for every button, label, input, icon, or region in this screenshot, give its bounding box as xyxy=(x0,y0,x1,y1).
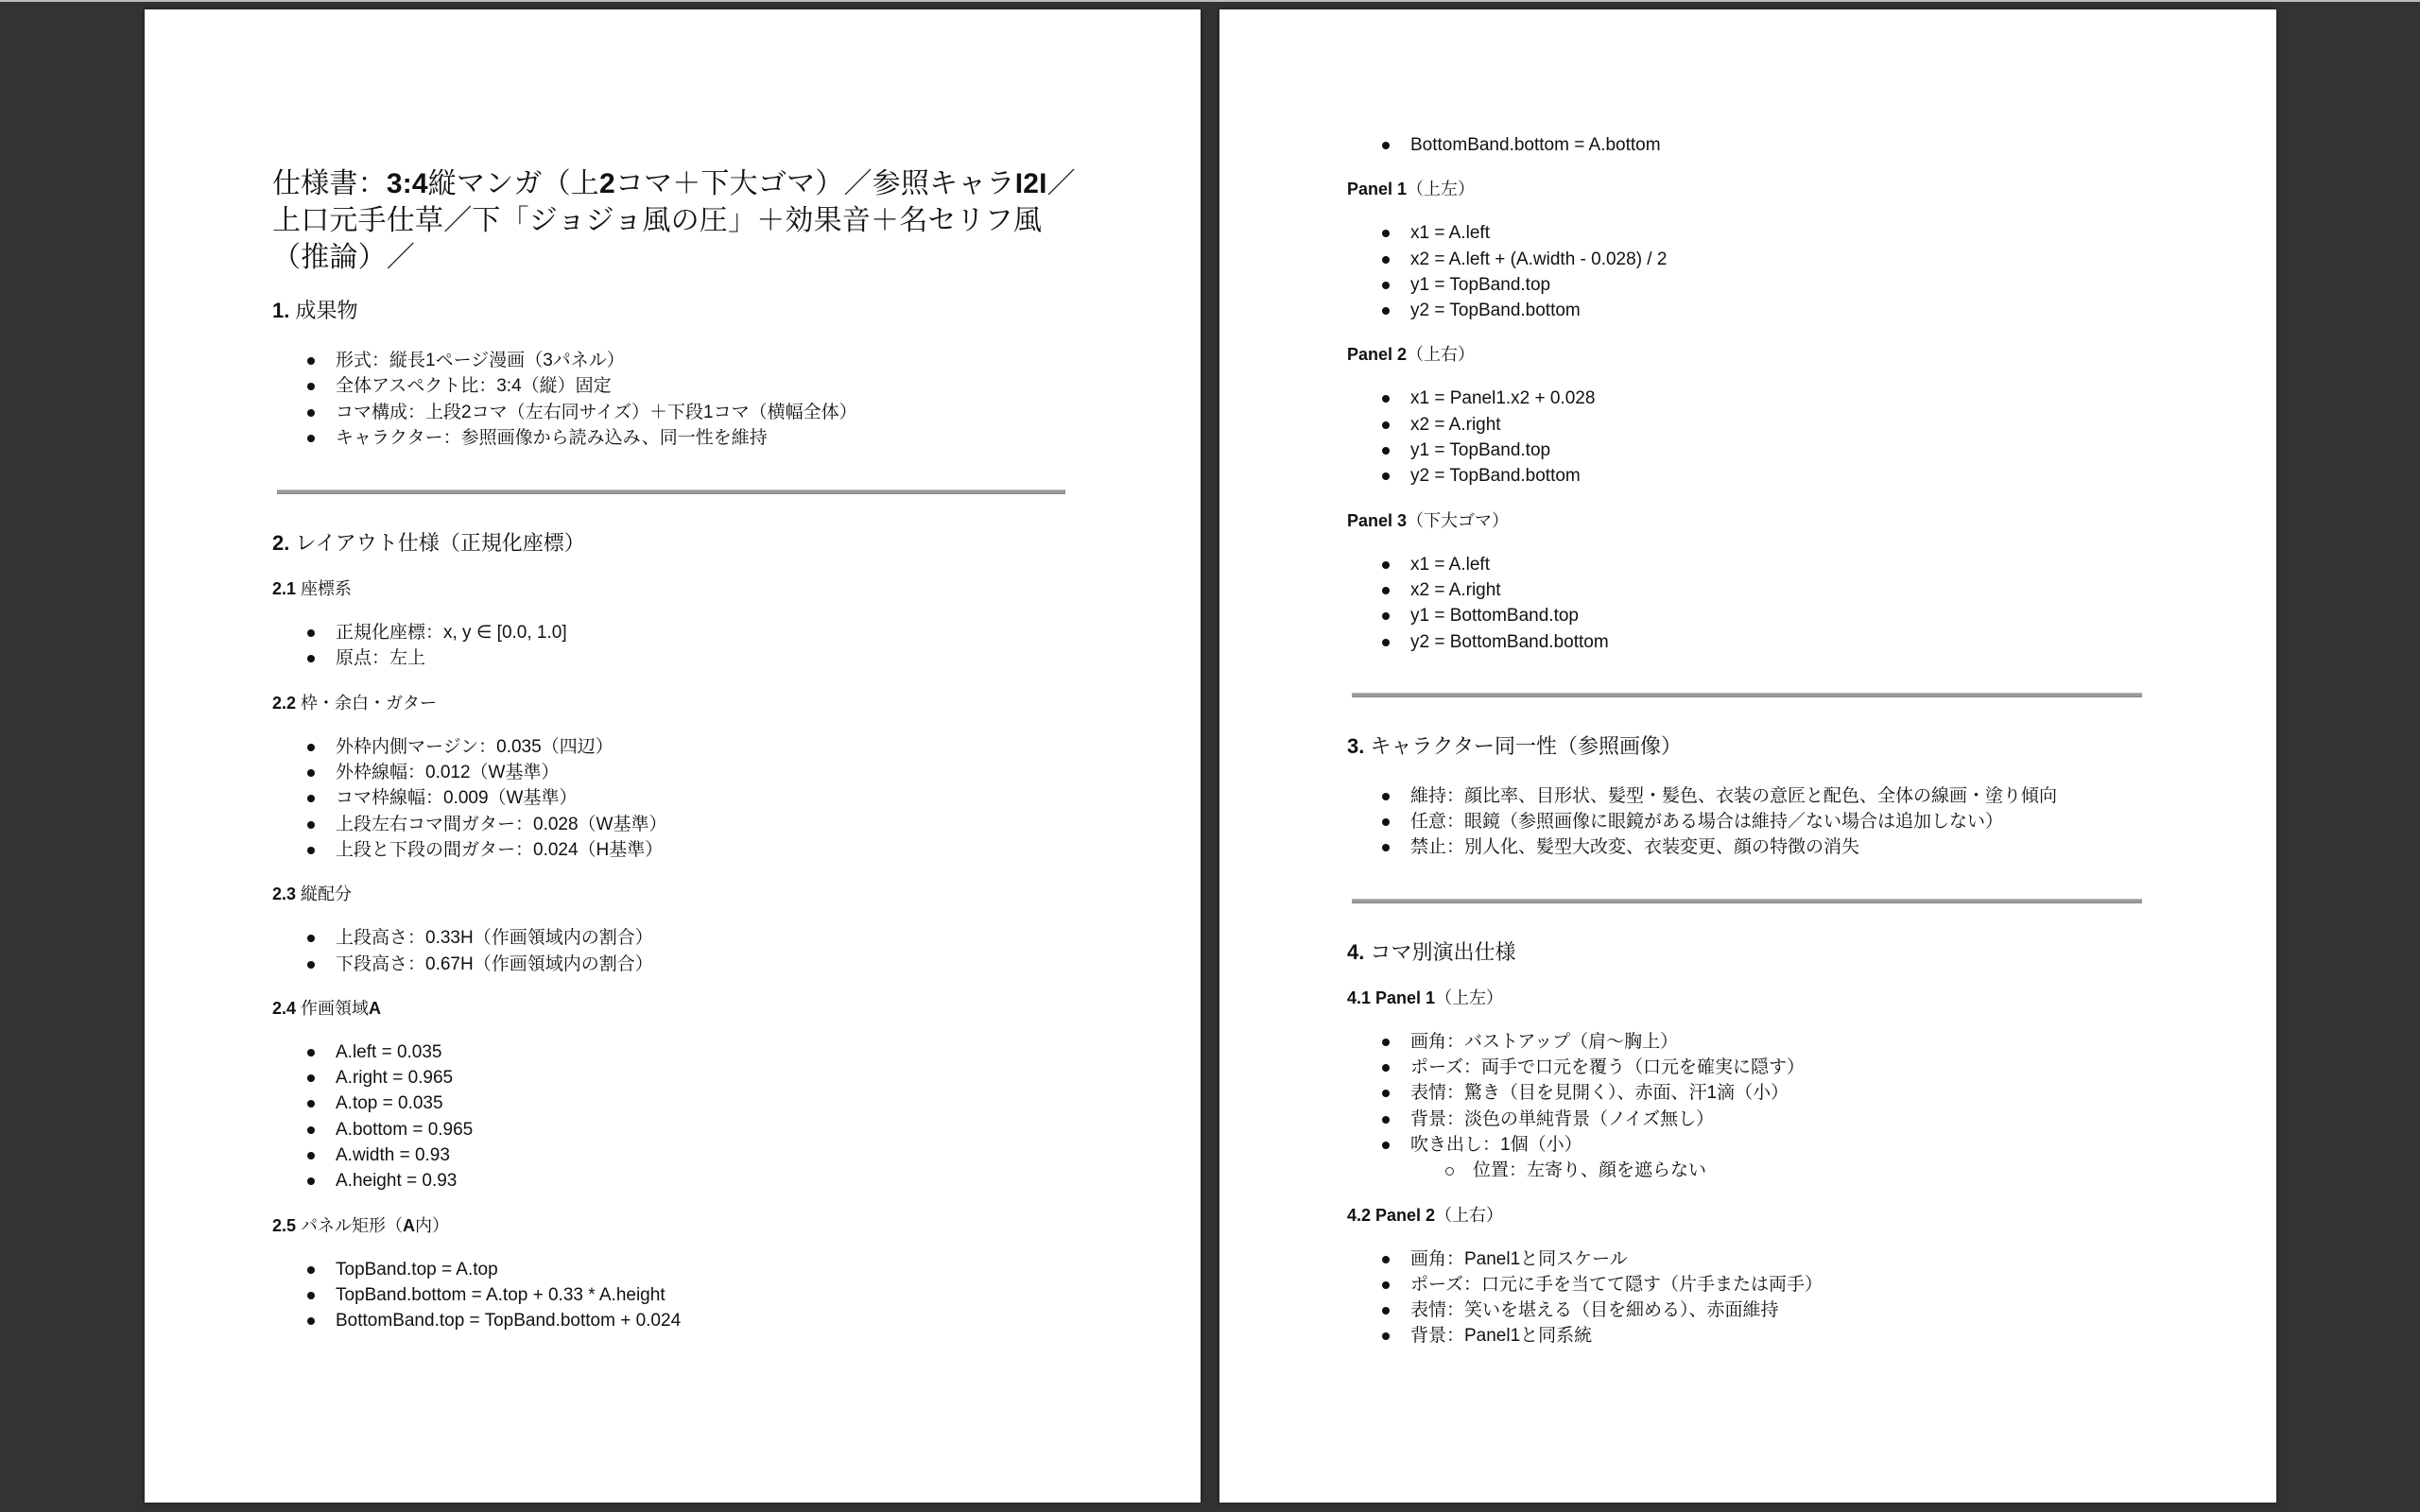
section-title: 成果物 xyxy=(289,299,357,322)
subsection-title: パネル矩形（ xyxy=(296,1216,403,1235)
section-number: 4. xyxy=(1347,940,1364,964)
list-item: 禁止：別人化、髪型大改変、衣装変更、顔の特徴の消失 xyxy=(1347,834,2160,860)
list-item: ポーズ：口元に手を当てて隠す（片手または両手） xyxy=(1347,1272,2160,1297)
list-item: BottomBand.top = TopBand.bottom + 0.024 xyxy=(272,1308,1085,1333)
list-item: 画角：Panel1と同スケール xyxy=(1347,1246,2160,1272)
subsection-title-bold: A xyxy=(369,999,381,1018)
subsection-2-5-list: TopBand.top = A.top TopBand.bottom = A.t… xyxy=(272,1257,1085,1334)
list-item: A.bottom = 0.965 xyxy=(272,1117,1085,1143)
list-item: y1 = TopBand.top xyxy=(1347,272,2160,298)
subsection-title: 枠・余白・ガター xyxy=(296,694,437,713)
list-item: 背景：Panel1と同系統 xyxy=(1347,1323,2160,1349)
section-2-heading: 2. レイアウト仕様（正規化座標） xyxy=(272,529,1085,558)
title-part: コマ＋下大ゴマ）／参照キャラ xyxy=(615,168,1015,199)
subsection-title: 作画領域 xyxy=(296,999,369,1018)
panel-1-list: x1 = A.left x2 = A.left + (A.width - 0.0… xyxy=(1347,220,2160,323)
section-title: キャラクター同一性（参照画像） xyxy=(1364,734,1682,758)
list-item: 原点：左上 xyxy=(272,645,1085,671)
list-item: y1 = BottomBand.top xyxy=(1347,603,2160,628)
list-item: x1 = A.left xyxy=(1347,552,2160,577)
section-number: 1. xyxy=(272,299,289,322)
list-item: A.width = 0.93 xyxy=(272,1143,1085,1168)
subsection-2-4-list: A.left = 0.035 A.right = 0.965 A.top = 0… xyxy=(272,1039,1085,1194)
list-item: x2 = A.right xyxy=(1347,412,2160,438)
subsection-number: 2.4 xyxy=(272,999,296,1018)
section-title: レイアウト仕様（正規化座標） xyxy=(289,531,584,555)
section-number: 3. xyxy=(1347,734,1364,758)
list-item: ポーズ：両手で口元を覆う（口元を確実に隠す） xyxy=(1347,1055,2160,1080)
subsection-2-1-heading: 2.1 座標系 xyxy=(272,576,1085,601)
list-item: A.top = 0.035 xyxy=(272,1091,1085,1116)
section-4-heading: 4. コマ別演出仕様 xyxy=(1347,938,2160,967)
section-number: 2. xyxy=(272,531,289,555)
subsection-2-3-heading: 2.3 縦配分 xyxy=(272,882,1085,906)
subsection-4-1-heading: 4.1 Panel 1（上左） xyxy=(1347,986,2160,1010)
list-item: コマ構成：上段2コマ（左右同サイズ）＋下段1コマ（横幅全体） xyxy=(272,400,1085,425)
title-part: 3:4 xyxy=(387,168,428,199)
subsection-title: （上左） xyxy=(1435,988,1503,1007)
list-item: 吹き出し：1個（小） xyxy=(1347,1132,2160,1158)
document-page-1[interactable]: 仕様書：3:4縦マンガ（上2コマ＋下大ゴマ）／参照キャラI2I／上口元手仕草／下… xyxy=(145,9,1201,1503)
panel-position: （下大ゴマ） xyxy=(1407,511,1509,530)
list-item: 任意：眼鏡（参照画像に眼鏡がある場合は維持／ない場合は追加しない） xyxy=(1347,809,2160,834)
subsection-4-1-list: 画角：バストアップ（肩〜胸上） ポーズ：両手で口元を覆う（口元を確実に隠す） 表… xyxy=(1347,1029,2160,1184)
list-item: 外枠線幅：0.012（W基準） xyxy=(272,760,1085,785)
nested-list-item: 位置：左寄り、顔を遮らない xyxy=(1347,1158,2160,1183)
subsection-2-2-heading: 2.2 枠・余白・ガター xyxy=(272,691,1085,715)
list-item: コマ枠線幅：0.009（W基準） xyxy=(272,785,1085,811)
panel-3-heading: Panel 3（下大ゴマ） xyxy=(1347,508,2160,533)
list-item: 表情：笑いを堪える（目を細める）、赤面維持 xyxy=(1347,1297,2160,1323)
panel-label: Panel 3 xyxy=(1347,511,1407,530)
document-page-2[interactable]: BottomBand.bottom = A.bottom Panel 1（上左）… xyxy=(1219,9,2276,1503)
document-title: 仕様書：3:4縦マンガ（上2コマ＋下大ゴマ）／参照キャラI2I／上口元手仕草／下… xyxy=(272,165,1085,276)
subsection-2-3-list: 上段高さ：0.33H（作画領域内の割合） 下段高さ：0.67H（作画領域内の割合… xyxy=(272,925,1085,977)
list-item: BottomBand.bottom = A.bottom xyxy=(1347,132,2160,158)
page-1-content: 仕様書：3:4縦マンガ（上2コマ＋下大ゴマ）／参照キャラI2I／上口元手仕草／下… xyxy=(272,165,1085,1334)
panel-position: （上右） xyxy=(1407,345,1475,364)
subsection-number: 2.3 xyxy=(272,885,296,903)
panel-position: （上左） xyxy=(1407,180,1475,198)
panel-label: Panel 1 xyxy=(1347,180,1407,198)
panel-label: Panel 2 xyxy=(1347,345,1407,364)
panel-1-heading: Panel 1（上左） xyxy=(1347,177,2160,201)
subsection-number: 2.1 xyxy=(272,579,296,598)
title-part: 仕様書： xyxy=(272,168,387,199)
list-item: TopBand.bottom = A.top + 0.33 * A.height xyxy=(272,1282,1085,1308)
section-1-list: 形式：縦長1ページ漫画（3パネル） 全体アスペクト比：3:4（縦）固定 コマ構成… xyxy=(272,348,1085,451)
list-item: 正規化座標：x, y ∈ [0.0, 1.0] xyxy=(272,620,1085,645)
page-2-content: BottomBand.bottom = A.bottom Panel 1（上左）… xyxy=(1347,132,2160,1349)
subsection-2-5-list-continued: BottomBand.bottom = A.bottom xyxy=(1347,132,2160,158)
subsection-number: 4.2 Panel 2 xyxy=(1347,1206,1435,1225)
section-title: コマ別演出仕様 xyxy=(1364,940,1515,964)
subsection-title: 縦配分 xyxy=(296,885,352,903)
subsection-2-2-list: 外枠内側マージン：0.035（四辺） 外枠線幅：0.012（W基準） コマ枠線幅… xyxy=(272,734,1085,863)
subsection-4-2-list: 画角：Panel1と同スケール ポーズ：口元に手を当てて隠す（片手または両手） … xyxy=(1347,1246,2160,1349)
viewer-top-edge xyxy=(0,0,2420,2)
list-item: 維持：顔比率、目形状、髪型・髪色、衣装の意匠と配色、全体の線画・塗り傾向 xyxy=(1347,783,2160,809)
subsection-title: 内） xyxy=(415,1216,449,1235)
list-item: x2 = A.left + (A.width - 0.028) / 2 xyxy=(1347,247,2160,272)
subsection-2-1-list: 正規化座標：x, y ∈ [0.0, 1.0] 原点：左上 xyxy=(272,620,1085,672)
list-item: 画角：バストアップ（肩〜胸上） xyxy=(1347,1029,2160,1055)
list-item: x1 = A.left xyxy=(1347,220,2160,246)
section-1-heading: 1. 成果物 xyxy=(272,297,1085,325)
list-item: 上段高さ：0.33H（作画領域内の割合） xyxy=(272,925,1085,951)
subsection-title: （上右） xyxy=(1435,1206,1503,1225)
list-item: 形式：縦長1ページ漫画（3パネル） xyxy=(272,348,1085,373)
list-item: A.left = 0.035 xyxy=(272,1039,1085,1065)
subsection-number: 4.1 Panel 1 xyxy=(1347,988,1435,1007)
list-item: 背景：淡色の単純背景（ノイズ無し） xyxy=(1347,1107,2160,1132)
list-item: A.height = 0.93 xyxy=(272,1168,1085,1194)
panel-2-list: x1 = Panel1.x2 + 0.028 x2 = A.right y1 =… xyxy=(1347,386,2160,489)
subsection-2-4-heading: 2.4 作画領域A xyxy=(272,996,1085,1021)
panel-3-list: x1 = A.left x2 = A.right y1 = BottomBand… xyxy=(1347,552,2160,655)
title-part: 縦マンガ（上 xyxy=(428,168,599,199)
list-item: y2 = BottomBand.bottom xyxy=(1347,629,2160,655)
subsection-2-5-heading: 2.5 パネル矩形（A内） xyxy=(272,1213,1085,1238)
panel-2-heading: Panel 2（上右） xyxy=(1347,342,2160,367)
list-item: y2 = TopBand.bottom xyxy=(1347,298,2160,323)
list-item: キャラクター：参照画像から読み込み、同一性を維持 xyxy=(272,425,1085,451)
list-item: y1 = TopBand.top xyxy=(1347,438,2160,463)
subsection-number: 2.2 xyxy=(272,694,296,713)
subsection-title-bold: A xyxy=(403,1216,415,1235)
list-item: TopBand.top = A.top xyxy=(272,1257,1085,1282)
title-part: I2I xyxy=(1015,168,1047,199)
list-item: y2 = TopBand.bottom xyxy=(1347,463,2160,489)
list-item: 全体アスペクト比：3:4（縦）固定 xyxy=(272,373,1085,399)
list-item: 上段左右コマ間ガター：0.028（W基準） xyxy=(272,812,1085,837)
list-item: x1 = Panel1.x2 + 0.028 xyxy=(1347,386,2160,411)
section-3-heading: 3. キャラクター同一性（参照画像） xyxy=(1347,732,2160,761)
list-item: 上段と下段の間ガター：0.024（H基準） xyxy=(272,837,1085,863)
list-item: 表情：驚き（目を見開く）、赤面、汗1滴（小） xyxy=(1347,1080,2160,1106)
list-item: 下段高さ：0.67H（作画領域内の割合） xyxy=(272,952,1085,977)
subsection-number: 2.5 xyxy=(272,1216,296,1235)
title-part: 2 xyxy=(599,168,615,199)
subsection-4-2-heading: 4.2 Panel 2（上右） xyxy=(1347,1203,2160,1228)
section-3-list: 維持：顔比率、目形状、髪型・髪色、衣装の意匠と配色、全体の線画・塗り傾向 任意：… xyxy=(1347,783,2160,861)
list-item: x2 = A.right xyxy=(1347,577,2160,603)
list-item: 外枠内側マージン：0.035（四辺） xyxy=(272,734,1085,760)
list-item: A.right = 0.965 xyxy=(272,1065,1085,1091)
subsection-title: 座標系 xyxy=(296,579,352,598)
